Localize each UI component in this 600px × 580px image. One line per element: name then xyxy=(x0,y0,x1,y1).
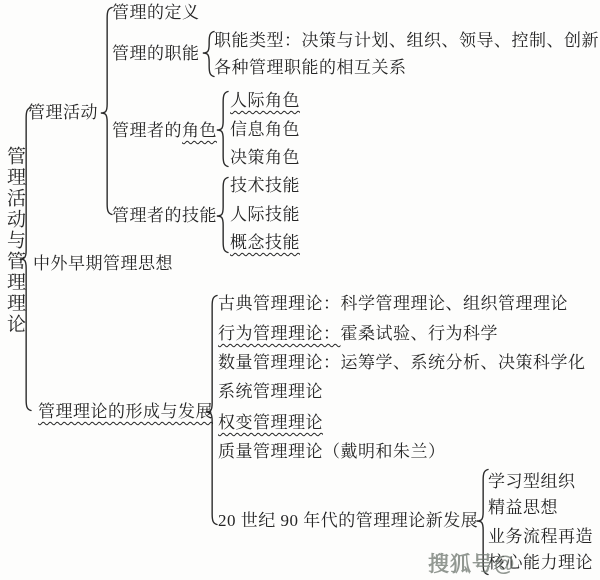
node-decisional-role: 决策角色 xyxy=(230,147,300,168)
skills-brace xyxy=(216,176,229,254)
node-functions-of-management: 管理的职能 xyxy=(112,43,200,64)
node-nineties-new-developments: 20 世纪 90 年代的管理理论新发展 xyxy=(218,510,478,531)
roles-brace xyxy=(216,90,229,168)
node-learning-organization: 学习型组织 xyxy=(488,471,576,492)
manager-roles-prefix: 管理者的 xyxy=(112,121,182,140)
node-business-process-reengineering: 业务流程再造 xyxy=(488,526,593,547)
node-lean-thinking: 精益思想 xyxy=(488,497,558,518)
node-manager-roles: 管理者的角色 xyxy=(112,120,217,141)
node-contingency-theory: 权变管理理论 xyxy=(218,412,323,433)
behavioral-theory-detail: 霍桑试验、行为科学 xyxy=(341,324,499,343)
node-management-activities: 管理活动 xyxy=(28,102,98,123)
node-classical-theory: 古典管理理论：科学管理理论、组织管理理论 xyxy=(218,293,568,314)
node-conceptual-skill: 概念技能 xyxy=(230,232,300,253)
sohu-watermark: 搜狐号@ xyxy=(428,548,515,578)
node-quality-theory: 质量管理理论（戴明和朱兰） xyxy=(218,441,446,462)
manager-roles-emphasis: 角色 xyxy=(182,121,217,140)
behavioral-theory-label: 行为管理理论： xyxy=(218,324,341,343)
node-interpersonal-role: 人际角色 xyxy=(230,90,300,111)
node-informational-role: 信息角色 xyxy=(230,119,300,140)
node-early-management-thought: 中外早期管理思想 xyxy=(33,253,173,274)
node-interpersonal-skill: 人际技能 xyxy=(230,204,300,225)
node-behavioral-theory: 行为管理理论：霍桑试验、行为科学 xyxy=(218,323,498,344)
node-systems-theory: 系统管理理论 xyxy=(218,381,323,402)
node-definition-of-management: 管理的定义 xyxy=(112,2,200,23)
mind-map-canvas: 管理活动与管理理论 管理活动 中外早期管理思想 管理理论的形成与发展 管理的定义… xyxy=(0,0,600,580)
node-theory-formation-development: 管理理论的形成与发展 xyxy=(38,401,213,422)
node-quantitative-theory: 数量管理理论：运筹学、系统分析、决策科学化 xyxy=(218,352,586,373)
root-brace xyxy=(19,106,32,412)
node-technical-skill: 技术技能 xyxy=(230,175,300,196)
node-function-interrelations: 各种管理职能的相互关系 xyxy=(214,57,407,78)
node-manager-skills: 管理者的技能 xyxy=(112,205,217,226)
node-function-types: 职能类型：决策与计划、组织、领导、控制、创新 xyxy=(214,30,599,51)
activities-brace xyxy=(100,6,113,216)
